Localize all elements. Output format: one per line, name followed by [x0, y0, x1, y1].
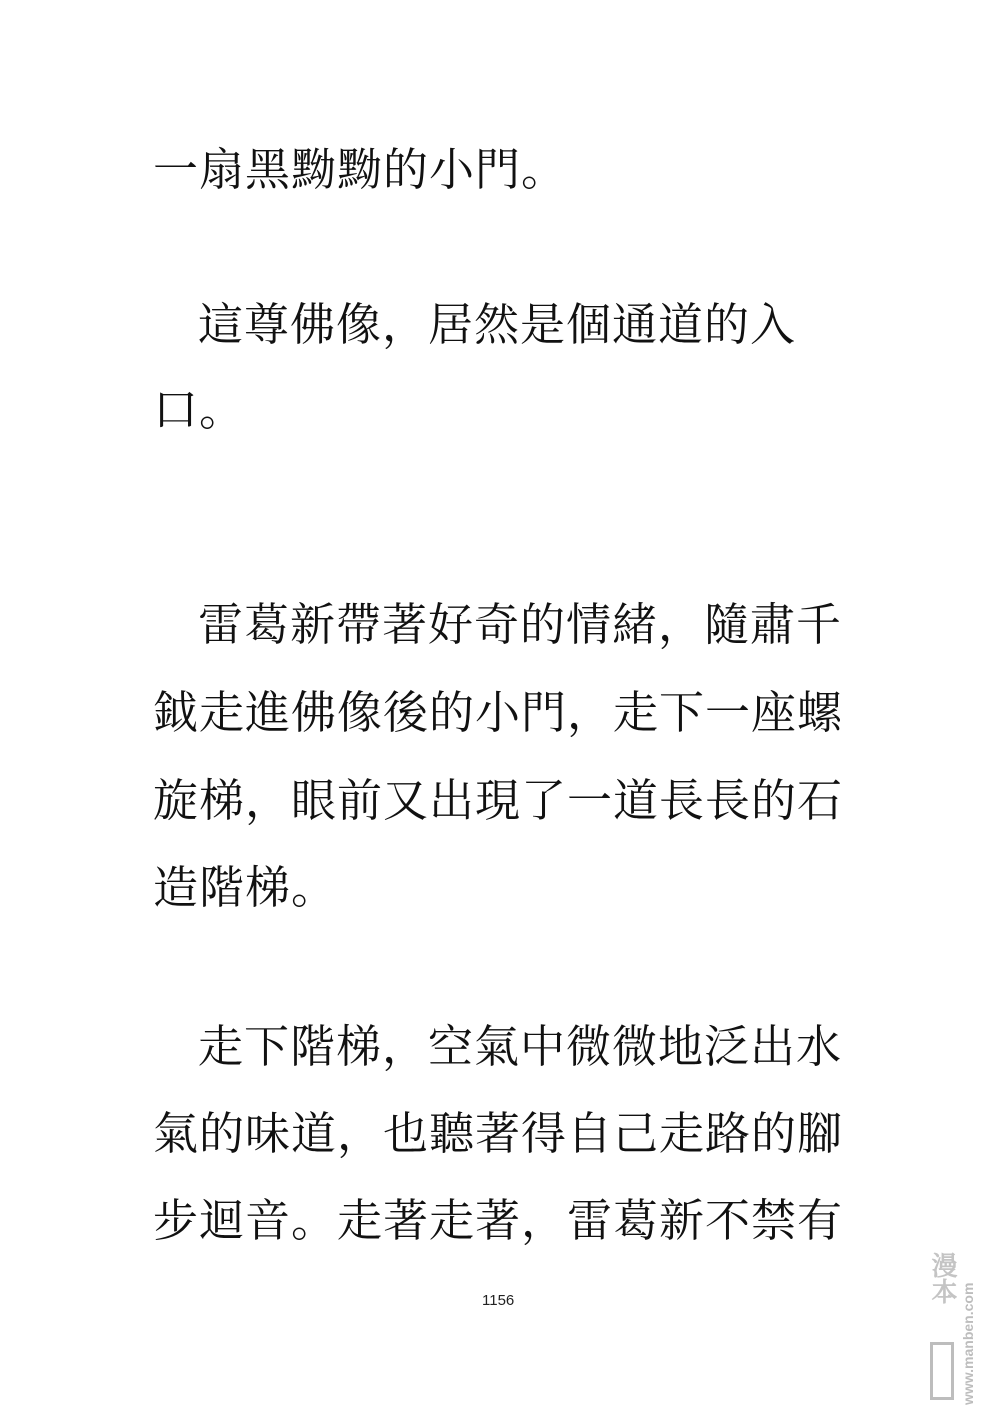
text-line: 雷葛新帶著好奇的情緒，隨肅千 — [198, 595, 842, 655]
text-line: 氣的味道，也聽著得自己走路的腳 — [153, 1104, 843, 1164]
watermark-url: www.manben.com — [960, 1283, 976, 1405]
text-line: 這尊佛像，居然是個通道的入 — [198, 295, 796, 355]
page-number: 1156 — [482, 1292, 514, 1309]
watermark-logo: 漫本 — [928, 1252, 956, 1338]
text-line: 造階梯。 — [153, 858, 337, 918]
text-line: 一扇黑黝黝的小門。 — [153, 140, 567, 200]
text-line: 口。 — [153, 380, 245, 440]
text-line: 鉞走進佛像後的小門，走下一座螺 — [153, 683, 843, 743]
text-line: 旋梯，眼前又出現了一道長長的石 — [153, 771, 843, 831]
text-line: 步迴音。走著走著，雷葛新不禁有 — [153, 1191, 843, 1251]
text-line: 走下階梯，空氣中微微地泛出水 — [198, 1017, 842, 1077]
watermark-box-icon — [930, 1342, 954, 1400]
